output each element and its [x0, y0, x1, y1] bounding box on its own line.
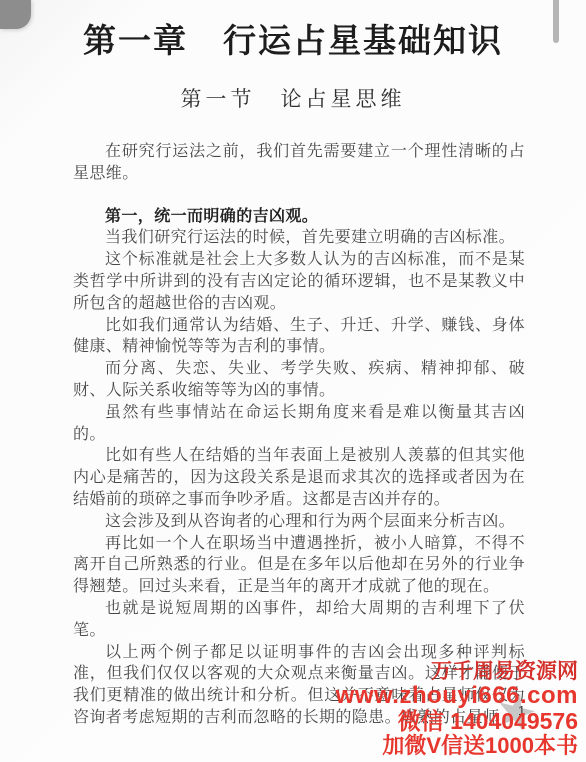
paragraph: 再比如一个人在职场当中遭遇挫折，被小人暗算，不得不离开自己所熟悉的行业。但是在多…: [73, 533, 525, 598]
watermark-promo-text: 加微V信送1000本书: [336, 734, 578, 758]
section-title: 第一节 论占星思维: [0, 83, 586, 113]
paragraph: 而分离、失恋、失业、考学失败、疾病、精神抑郁、破财、人际关系收缩等等为凶的事情。: [73, 358, 525, 402]
watermark: 万千周易资源网 www.zhouyi666.com 微信 1404049576 …: [336, 660, 578, 758]
paragraph: 这会涉及到从咨询者的心理和行为两个层面来分析吉凶。: [73, 511, 525, 533]
paragraph: 也就是说短周期的凶事件，却给大周期的吉利埋下了伏笔。: [73, 598, 525, 642]
document-page: 第一章 行运占星基础知识 第一节 论占星思维 在研究行运法之前，我们首先需要建立…: [0, 0, 586, 762]
paragraph: 比如我们通常认为结婚、生子、升迁、升学、赚钱、身体健康、精神愉悦等等为吉利的事情…: [73, 315, 525, 359]
body-text: 在研究行运法之前，我们首先需要建立一个理性清晰的占星思维。第一，统一而明确的吉凶…: [73, 141, 525, 729]
watermark-url: www.zhouyi666.com: [336, 683, 578, 709]
watermark-site-name: 万千周易资源网: [336, 660, 578, 683]
chapter-title: 第一章 行运占星基础知识: [0, 15, 586, 62]
watermark-wechat-number: 微信 1404049576: [336, 709, 578, 734]
paragraph: 这个标准就是社会上大多数人认为的吉凶标准，而不是某类哲学中所讲到的没有吉凶定论的…: [73, 249, 525, 314]
paragraph: 虽然有些事情站在命运长期角度来看是难以衡量其吉凶的。: [73, 402, 525, 446]
paragraph: 当我们研究行运法的时候，首先要建立明确的吉凶标准。: [73, 227, 525, 249]
paragraph: 比如有些人在结婚的当年表面上是被别人羡慕的但其实他内心是痛苦的，因为这段关系是退…: [73, 445, 525, 510]
sub-heading: 第一，统一而明确的吉凶观。: [73, 206, 525, 228]
paragraph: 在研究行运法之前，我们首先需要建立一个理性清晰的占星思维。: [73, 141, 525, 185]
